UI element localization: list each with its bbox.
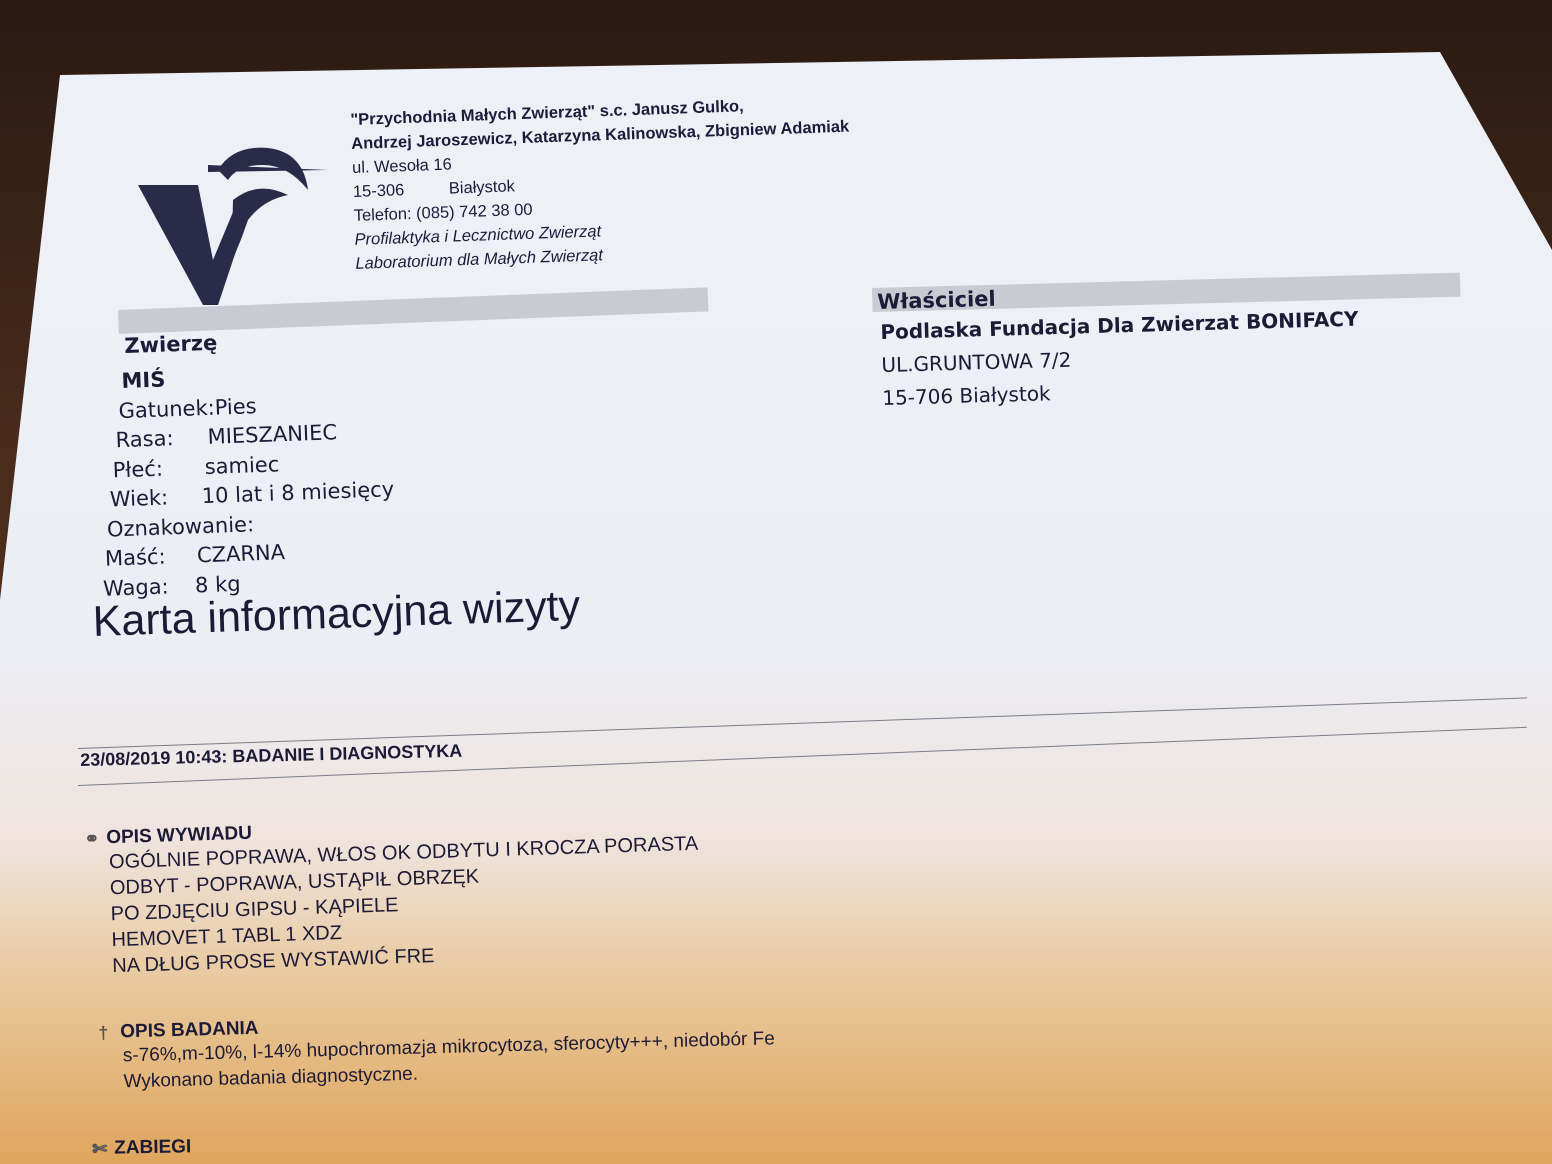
clinic-header: "Przychodnia Małych Zwierząt" s.c. Janus… xyxy=(350,91,854,276)
section-procedures: ✄ ZABIEGI xyxy=(92,1136,191,1160)
divider-top xyxy=(78,697,1527,749)
section-header: ✄ ZABIEGI xyxy=(92,1136,191,1160)
field-value: Pies xyxy=(214,392,257,423)
clinic-logo-icon xyxy=(138,140,333,305)
field-label: Gatunek: xyxy=(118,393,215,426)
animal-details: MIŚ Gatunek: Pies Rasa: MIESZANIEC Płeć:… xyxy=(95,357,398,604)
section-title: ZABIEGI xyxy=(114,1136,191,1159)
clinic-phone: (085) 742 38 00 xyxy=(416,201,533,223)
owner-details: Podlaska Fundacja Dla Zwierzat BONIFACY … xyxy=(880,303,1361,415)
section-history: ⚭ OPIS WYWIADU OGÓLNIE POPRAWA, WŁOS OK … xyxy=(84,809,702,980)
clinic-postal-code: 15-306 xyxy=(353,181,405,201)
animal-section-label: Zwierzę xyxy=(124,331,218,358)
section-body: OGÓLNIE POPRAWA, WŁOS OK ODBYTU I KROCZA… xyxy=(109,831,702,979)
stethoscope-icon: ⚭ xyxy=(84,828,101,848)
clinic-city: Białystok xyxy=(449,177,516,197)
field-label: Rasa: xyxy=(115,423,208,456)
field-label: Wiek: xyxy=(109,482,202,515)
thermometer-icon: † xyxy=(98,1023,115,1043)
field-value: MIESZANIEC xyxy=(207,418,337,452)
owner-section-label: Właściciel xyxy=(877,287,996,314)
field-value: CZARNA xyxy=(196,538,285,571)
section-examination: † OPIS BADANIA s-76%,m-10%, l-14% hupoch… xyxy=(98,1004,776,1096)
clinic-phone-label: Telefon: xyxy=(353,205,411,225)
field-label: Płeć: xyxy=(112,453,205,486)
field-label: Maść: xyxy=(104,541,197,574)
field-value: samiec xyxy=(204,450,280,482)
document: "Przychodnia Małych Zwierząt" s.c. Janus… xyxy=(0,0,1552,1164)
scissors-icon: ✄ xyxy=(92,1139,108,1159)
